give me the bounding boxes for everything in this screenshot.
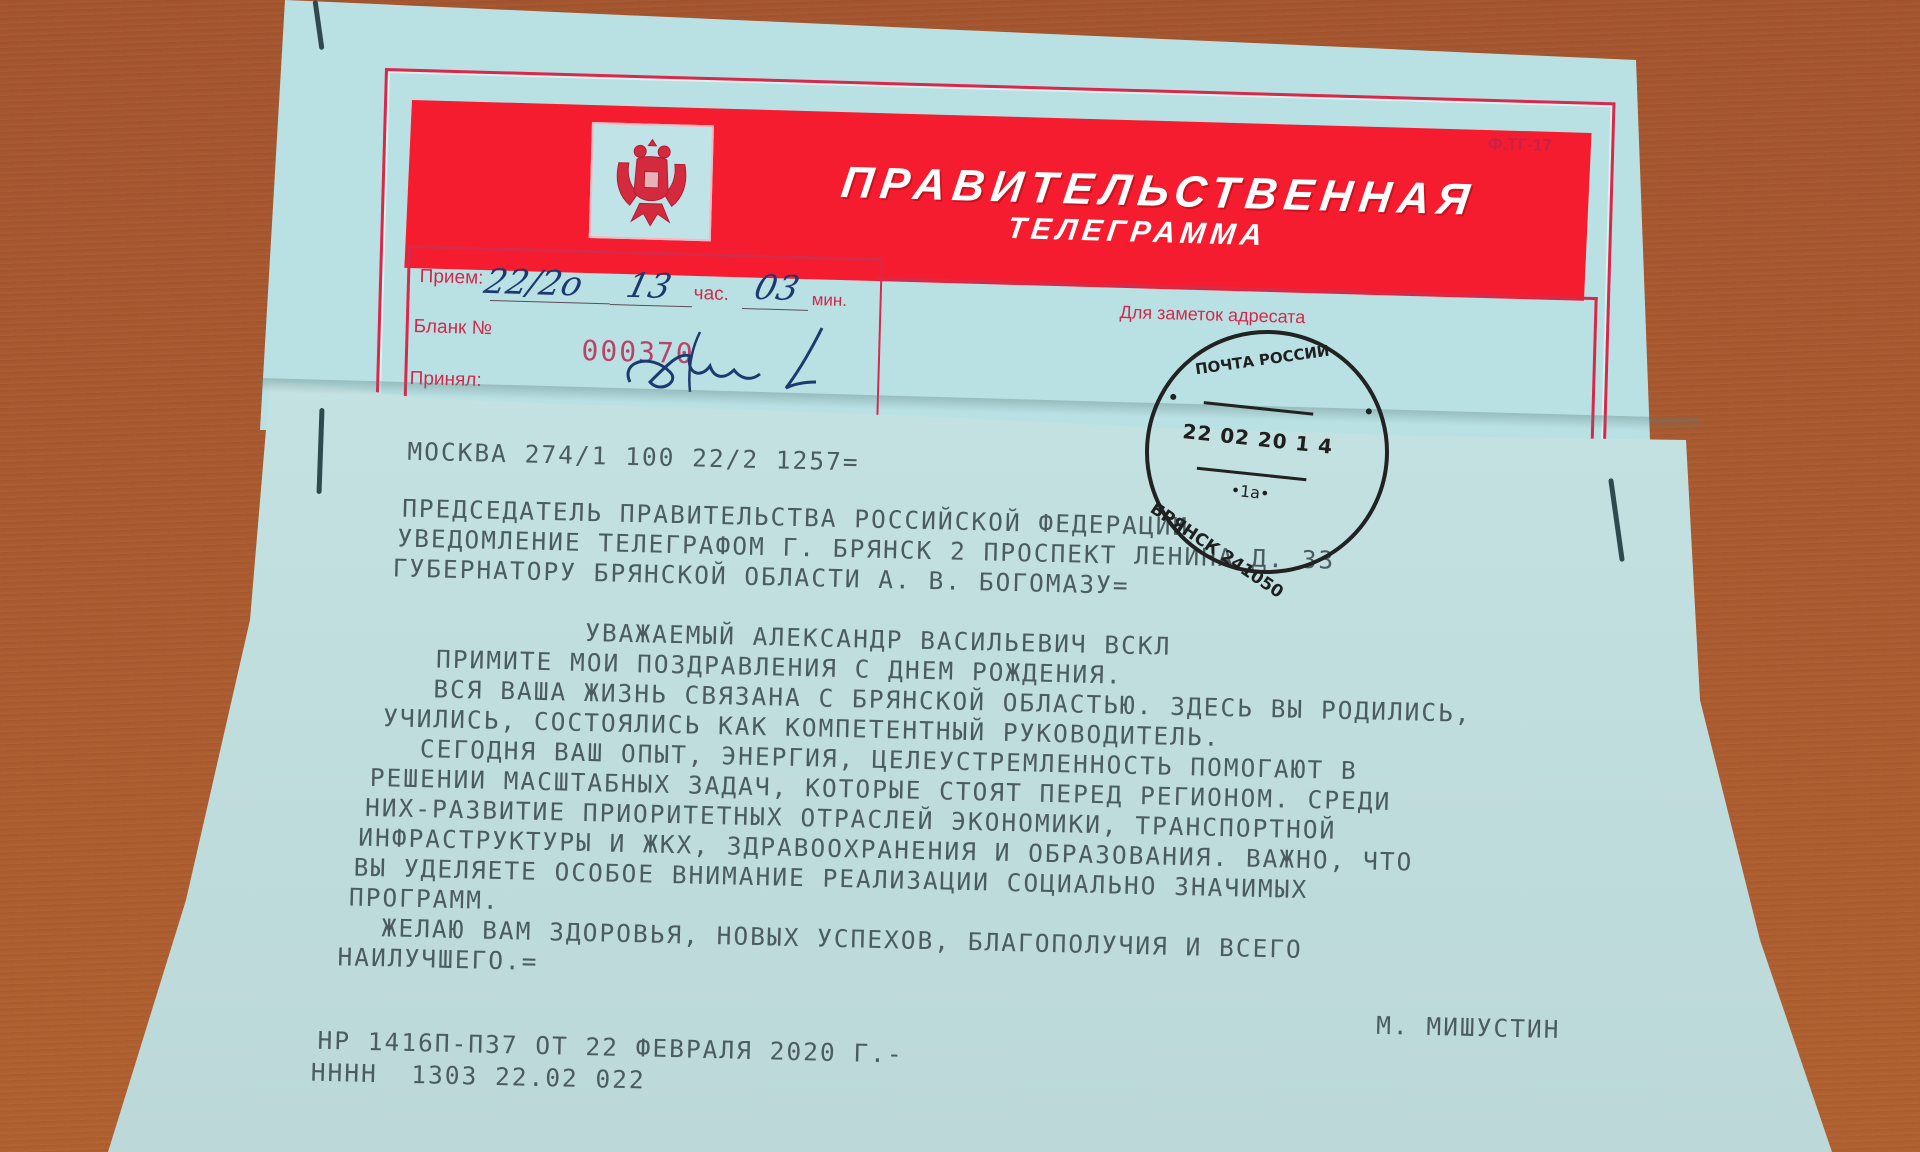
postmark-dot-right — [1366, 408, 1373, 415]
header-subtitle: ТЕЛЕГРАММА — [1005, 212, 1269, 253]
postmark-office: •1а• — [1230, 480, 1271, 503]
postmark-top-text: ПОЧТА РОССИИ — [1194, 342, 1331, 379]
postmark-line-bottom — [1197, 467, 1307, 481]
russian-coat-of-arms-icon — [607, 132, 696, 230]
minutes-label: мин. — [811, 290, 847, 311]
postmark-line-top — [1204, 401, 1314, 415]
blank-label: Бланк № — [413, 316, 492, 340]
body-line: ПРОГРАММ. — [349, 882, 500, 915]
hours-label: час. — [693, 283, 729, 306]
sender-signature: М. МИШУСТИН — [1376, 1011, 1561, 1044]
emblem-box — [589, 122, 714, 241]
reception-label: Прием: — [419, 266, 483, 290]
postmark-dot-left — [1170, 394, 1177, 401]
reception-date: 22/2о — [480, 262, 586, 304]
postmark-date: 22 02 20 1 4 — [1181, 419, 1334, 459]
form-code: Ф.ТГ-17 — [1488, 134, 1552, 156]
body-line: НАИЛУЧШЕГО.= — [337, 942, 539, 976]
